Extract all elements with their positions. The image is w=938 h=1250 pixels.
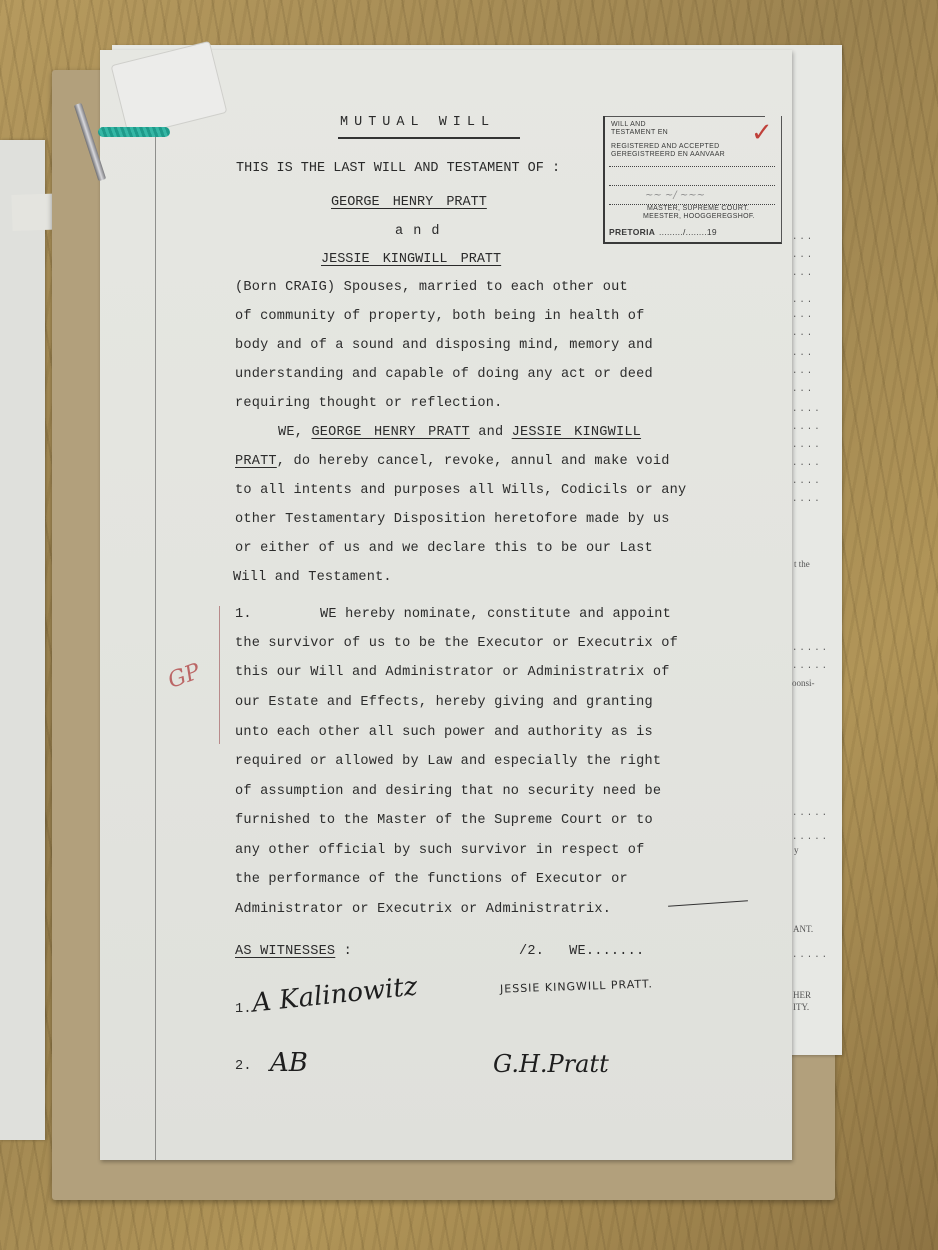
revocation-name-2-surname: PRATT [235, 454, 277, 469]
red-check-mark-icon: ✓ [751, 118, 773, 148]
underlying-dots: ... [792, 348, 814, 358]
preamble-line: body and of a sound and disposing mind, … [235, 339, 653, 353]
stamp-pencil-signature: ~~ ~/ ~~~ [645, 190, 705, 201]
clause-1-number: 1. [235, 608, 252, 622]
stamp-line-3: REGISTERED AND ACCEPTED [611, 143, 719, 151]
underlying-text-fragment: ANT. [793, 924, 813, 934]
revocation-lead: WE, [278, 425, 311, 440]
preamble-line: (Born CRAIG) Spouses, married to each ot… [235, 281, 628, 295]
registration-stamp: WILL AND TESTAMENT EN REGISTERED AND ACC… [603, 116, 782, 244]
preamble-line: requiring thought or reflection. [235, 397, 502, 411]
clause-1-line: the performance of the functions of Exec… [235, 873, 628, 887]
underlying-dots: ..... [792, 808, 829, 818]
underlying-dots: ... [792, 328, 814, 338]
revocation-first-line: WE, GEORGE HENRY PRATT and JESSIE KINGWI… [278, 426, 641, 440]
stamp-line-1: WILL AND [611, 121, 646, 129]
witness-1-number: 1. [235, 1003, 252, 1017]
witness-2-signature: AB [270, 1048, 308, 1078]
underlying-text-fragment: ITY. [793, 1002, 809, 1012]
witnesses-heading: AS WITNESSES : [235, 945, 352, 959]
page-continuation: /2. WE....... [519, 945, 644, 959]
underlying-dots: ... [792, 250, 814, 260]
underlying-dots: .... [792, 494, 822, 504]
underlying-dots: ... [792, 268, 814, 278]
red-margin-line [219, 606, 220, 744]
document-title: MUTUAL WILL [340, 115, 495, 130]
stamp-line-4: GEREGISTREERD EN AANVAAR [611, 151, 725, 159]
clause-1-line: our Estate and Effects, hereby giving an… [235, 696, 653, 710]
underlying-text-fragment: HER [793, 990, 811, 1000]
revocation-and: and [470, 425, 512, 440]
underlying-dots: ..... [792, 661, 829, 671]
witnesses-colon: : [335, 944, 352, 959]
title-underline [338, 137, 520, 139]
revocation-line: to all intents and purposes all Wills, C… [235, 484, 686, 498]
underlying-text-fragment: oonsi- [792, 678, 815, 688]
preamble-line: understanding and capable of doing any a… [235, 368, 653, 382]
revocation-line: other Testamentary Disposition heretofor… [235, 513, 670, 527]
underlying-dots: .... [792, 440, 822, 450]
witness-2-number: 2. [235, 1060, 252, 1074]
clause-1-line: Administrator or Executrix or Administra… [235, 903, 611, 917]
underlying-dots: .... [792, 404, 822, 414]
green-cord-icon [98, 127, 170, 137]
underlying-text-fragment: t the [794, 559, 810, 569]
underlying-dots: .... [792, 422, 822, 432]
underlying-dots: ..... [792, 950, 829, 960]
clause-1-line: furnished to the Master of the Supreme C… [235, 814, 653, 828]
stamp-dotted-line [609, 185, 775, 186]
stamp-line-6: MEESTER, HOOGGEREGSHOF. [643, 213, 755, 221]
underlying-dots: ... [792, 310, 814, 320]
witnesses-label: AS WITNESSES [235, 944, 335, 959]
clause-1-line: any other official by such survivor in r… [235, 844, 645, 858]
clause-1-line: unto each other all such power and autho… [235, 726, 653, 740]
stamp-line-5: MASTER, SUPREME COURT. [647, 205, 749, 213]
testator-2-name: JESSIE KINGWILL PRATT [321, 252, 501, 267]
revocation-line: or either of us and we declare this to b… [235, 542, 653, 556]
preamble-line: of community of property, both being in … [235, 310, 645, 324]
stamp-city: PRETORIA [609, 228, 655, 238]
stamp-date: ........./........19 [659, 228, 717, 238]
underlying-dots: ... [792, 295, 814, 305]
revocation-line: Will and Testament. [233, 571, 392, 585]
underlying-dots: ..... [792, 643, 829, 653]
revocation-rest: , do hereby cancel, revoke, annul and ma… [277, 454, 670, 469]
underlying-dots: ... [792, 366, 814, 376]
underlying-dots: .... [792, 476, 822, 486]
revocation-second-line: PRATT, do hereby cancel, revoke, annul a… [235, 455, 670, 469]
clause-1-line: required or allowed by Law and especiall… [235, 755, 661, 769]
stamp-dotted-line [609, 166, 775, 167]
revocation-name-2: JESSIE KINGWILL [512, 425, 641, 440]
underlying-text-fragment: y [794, 845, 799, 855]
underlying-dots: ... [792, 384, 814, 394]
testator-signature: G.H.Pratt [493, 1050, 609, 1078]
clause-1-first-line: WE hereby nominate, constitute and appoi… [320, 608, 671, 622]
stamp-line-2: TESTAMENT EN [611, 129, 668, 137]
conjunction: a n d [395, 224, 441, 239]
underlying-dots: ... [792, 232, 814, 242]
revocation-name-1: GEORGE HENRY PRATT [311, 425, 469, 440]
clause-1-line: the survivor of us to be the Executor or… [235, 637, 678, 651]
margin-rule [155, 70, 156, 1160]
adjacent-page-left [0, 140, 45, 1140]
underlying-dots: .... [792, 458, 822, 468]
stamp-top-rule [605, 116, 765, 117]
testator-1-name: GEORGE HENRY PRATT [331, 195, 487, 210]
clause-1-line: this our Will and Administrator or Admin… [235, 666, 670, 680]
intro-line: THIS IS THE LAST WILL AND TESTAMENT OF : [236, 161, 560, 176]
underlying-dots: ..... [792, 832, 829, 842]
clause-1-line: of assumption and desiring that no secur… [235, 785, 661, 799]
